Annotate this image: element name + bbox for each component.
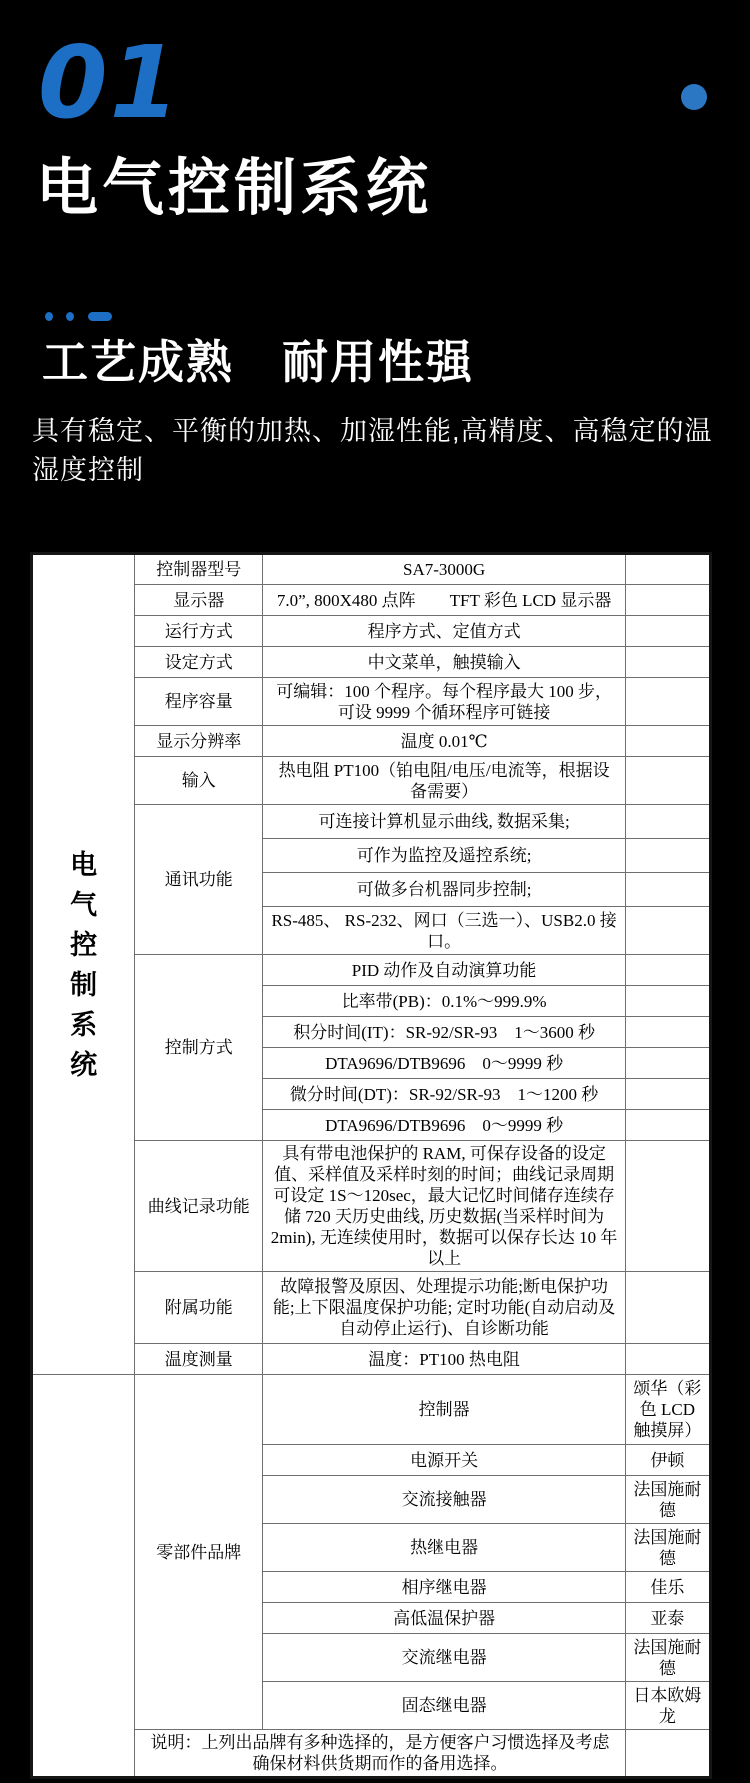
decor-dots xyxy=(45,308,112,318)
table-cell-brand xyxy=(625,1079,710,1110)
table-cell-brand xyxy=(625,647,710,678)
table-row-label: 通讯功能 xyxy=(135,805,263,955)
decor-dot-large xyxy=(681,84,707,110)
table-cell-value: 控制器 xyxy=(263,1375,626,1445)
table-cell-brand: 法国施耐德 xyxy=(625,1634,710,1682)
product-spec-page: 01 电气控制系统 工艺成熟 耐用性强 具有稳定、平衡的加热、加湿性能,高精度、… xyxy=(0,0,750,1783)
table-cell-value: 温度 0.01℃ xyxy=(263,726,626,757)
table-row-label: 附属功能 xyxy=(135,1272,263,1344)
table-cell-brand xyxy=(625,1110,710,1141)
table-cell-value: 热继电器 xyxy=(263,1524,626,1572)
table-cell-value: PID 动作及自动演算功能 xyxy=(263,955,626,986)
table-cell-brand xyxy=(625,1017,710,1048)
table-cell-value: 固态继电器 xyxy=(263,1682,626,1730)
table-row-label: 控制方式 xyxy=(135,955,263,1141)
table-cell-brand: 颂华（彩色 LCD 触摸屏） xyxy=(625,1375,710,1445)
table-cell-value: 程序方式、定值方式 xyxy=(263,616,626,647)
table-row-label: 温度测量 xyxy=(135,1344,263,1375)
table-section-label: 电气控制系统 xyxy=(32,554,135,1375)
table-cell-brand: 佳乐 xyxy=(625,1572,710,1603)
table-cell-value: 故障报警及原因、处理提示功能;断电保护功能;上下限温度保护功能; 定时功能(自动… xyxy=(263,1272,626,1344)
table-cell-value: DTA9696/DTB9696 0～9999 秒 xyxy=(263,1048,626,1079)
table-cell-brand xyxy=(625,955,710,986)
page-title: 电气控制系统 xyxy=(36,156,432,222)
table-cell-value: 可做多台机器同步控制; xyxy=(263,873,626,907)
table-cell-value: 可作为监控及遥控系统; xyxy=(263,839,626,873)
table-cell-value: DTA9696/DTB9696 0～9999 秒 xyxy=(263,1110,626,1141)
description-line-1: 具有稳定、平衡的加热、加湿性能,高精度、高稳定的温 xyxy=(32,416,713,446)
table-cell-brand xyxy=(625,1344,710,1375)
table-row-label: 显示分辨率 xyxy=(135,726,263,757)
table-cell-brand xyxy=(625,757,710,805)
table-cell-value: 相序继电器 xyxy=(263,1572,626,1603)
table-note-cell: 说明：上列出品牌有多种选择的，是方便客户习惯选择及考虑确保材料供货期而作的备用选… xyxy=(135,1730,626,1778)
table-row: 电气控制系统控制器型号SA7-3000G xyxy=(32,554,711,585)
table-cell-brand xyxy=(625,1048,710,1079)
table-cell-value: 可编辑：100 个程序。每个程序最大 100 步，可设 9999 个循环程序可链… xyxy=(263,678,626,726)
table-cell-value: 交流接触器 xyxy=(263,1476,626,1524)
table-cell-brand xyxy=(625,585,710,616)
table-cell-empty xyxy=(32,1375,135,1778)
description-line-2: 湿度控制 xyxy=(32,455,144,485)
table-cell-brand xyxy=(625,1730,710,1778)
table-cell-brand: 法国施耐德 xyxy=(625,1524,710,1572)
table-cell-value: SA7-3000G xyxy=(263,554,626,585)
table-cell-brand xyxy=(625,1141,710,1272)
table-cell-value: 7.0”, 800X480 点阵 TFT 彩色 LCD 显示器 xyxy=(263,585,626,616)
table-cell-brand xyxy=(625,839,710,873)
table-cell-value: 可连接计算机显示曲线, 数据采集; xyxy=(263,805,626,839)
table-cell-value: 交流继电器 xyxy=(263,1634,626,1682)
table-cell-brand xyxy=(625,616,710,647)
table-cell-brand: 日本欧姆龙 xyxy=(625,1682,710,1730)
decor-dot-small xyxy=(45,312,53,321)
table-cell-brand: 亚泰 xyxy=(625,1603,710,1634)
table-cell-brand xyxy=(625,805,710,839)
table-cell-value: 温度：PT100 热电阻 xyxy=(263,1344,626,1375)
table-row-label: 曲线记录功能 xyxy=(135,1141,263,1272)
table-cell-brand xyxy=(625,554,710,585)
decor-pill xyxy=(88,312,112,321)
table-cell-value: 中文菜单，触摸输入 xyxy=(263,647,626,678)
table-cell-value: 微分时间(DT)：SR-92/SR-93 1～1200 秒 xyxy=(263,1079,626,1110)
table-cell-brand xyxy=(625,907,710,955)
vertical-section-text: 电气控制系统 xyxy=(69,845,99,1085)
table-cell-value: 热电阻 PT100（铂电阻/电压/电流等，根据设备需要） xyxy=(263,757,626,805)
section-number: 01 xyxy=(38,30,181,135)
description: 具有稳定、平衡的加热、加湿性能,高精度、高稳定的温 湿度控制 xyxy=(32,412,713,490)
table-cell-value: 高低温保护器 xyxy=(263,1603,626,1634)
subtitle: 工艺成熟 耐用性强 xyxy=(42,336,474,388)
table-row: 零部件品牌控制器颂华（彩色 LCD 触摸屏） xyxy=(32,1375,711,1445)
table-row-label: 设定方式 xyxy=(135,647,263,678)
table-cell-brand: 法国施耐德 xyxy=(625,1476,710,1524)
table-cell-brand xyxy=(625,986,710,1017)
table-cell-value: 积分时间(IT)：SR-92/SR-93 1～3600 秒 xyxy=(263,1017,626,1048)
table-cell-value: 比率带(PB)：0.1%～999.9% xyxy=(263,986,626,1017)
table-cell-brand xyxy=(625,726,710,757)
table-row-label: 输入 xyxy=(135,757,263,805)
table-cell-brand: 伊顿 xyxy=(625,1445,710,1476)
table-row-label: 控制器型号 xyxy=(135,554,263,585)
table-row-label: 程序容量 xyxy=(135,678,263,726)
table-cell-value: 电源开关 xyxy=(263,1445,626,1476)
table-cell-value: RS-485、 RS-232、网口（三选一）、USB2.0 接口。 xyxy=(263,907,626,955)
spec-table: 电气控制系统控制器型号SA7-3000G显示器7.0”, 800X480 点阵 … xyxy=(30,552,712,1779)
table-cell-brand xyxy=(625,678,710,726)
decor-dot-small xyxy=(66,312,74,321)
table-row-label: 零部件品牌 xyxy=(135,1375,263,1730)
table-cell-brand xyxy=(625,1272,710,1344)
table-row-label: 显示器 xyxy=(135,585,263,616)
table-cell-brand xyxy=(625,873,710,907)
table-row-label: 运行方式 xyxy=(135,616,263,647)
table-cell-value: 具有带电池保护的 RAM, 可保存设备的设定值、采样值及采样时刻的时间；曲线记录… xyxy=(263,1141,626,1272)
